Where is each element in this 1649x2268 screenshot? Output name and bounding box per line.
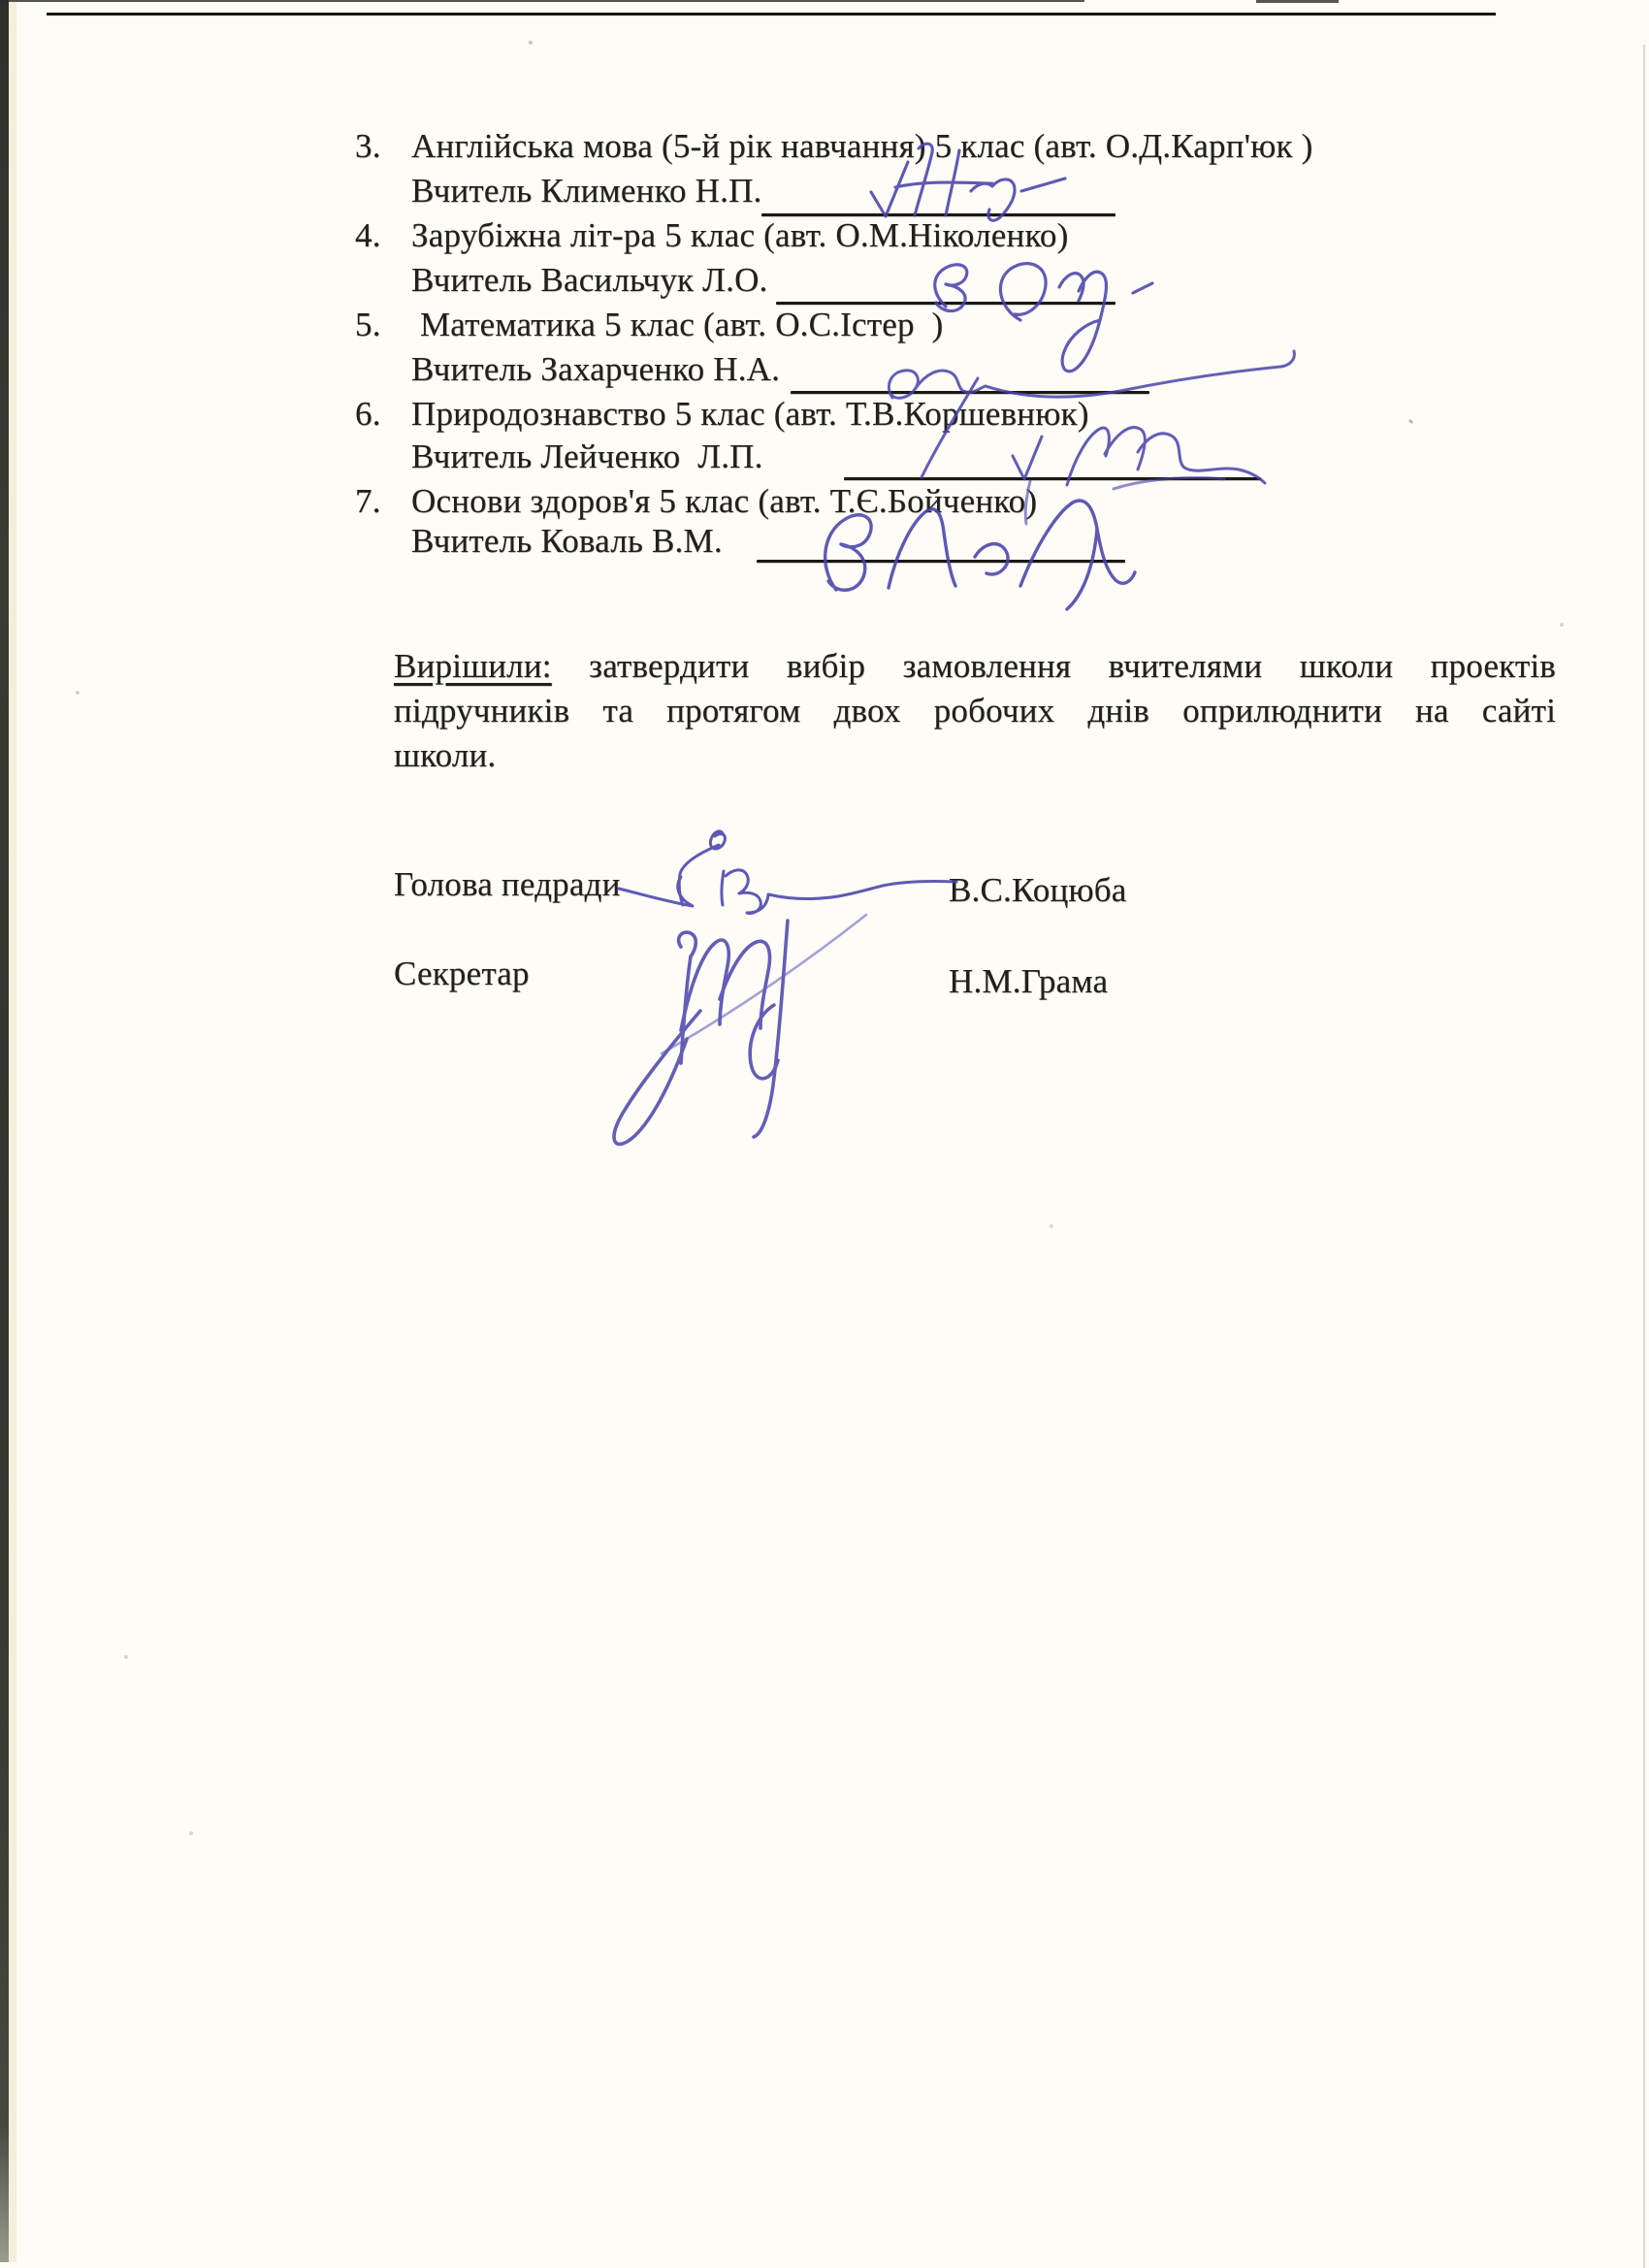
item-number: 5.: [355, 306, 411, 344]
item-title: Англійська мова (5-й рік навчання) 5 кла…: [411, 127, 1313, 165]
signature-underline: [776, 302, 1115, 305]
resolution-line-1: Вирішили: затвердити вибір замовлення вч…: [394, 644, 1556, 689]
signatory-name-head: В.С.Коцюба: [949, 871, 1127, 910]
signature-ink-secretary: [614, 915, 866, 1144]
resolution-line-1-text: затвердити вибір замовлення вчителями шк…: [589, 647, 1556, 685]
signature-underline: [791, 391, 1149, 394]
item-number: 3.: [355, 127, 411, 166]
scan-top-edge-mark: [1256, 0, 1339, 3]
signatory-role-head: Голова педради: [394, 865, 621, 904]
teacher-line: Вчитель Клименко Н.П.: [411, 172, 762, 211]
scan-left-edge-shadow: [9, 0, 16, 2262]
list-item-title-row: 6.Природознавство 5 клас (авт. Т.В.Корше…: [355, 395, 1089, 434]
teacher-line: Вчитель Захарченко Н.А.: [411, 350, 780, 389]
signature-ink-vasylchuk: [935, 264, 1152, 372]
signature-ink-head: [619, 831, 956, 913]
scan-speckle: [1050, 1224, 1053, 1228]
document-page: 3.Англійська мова (5-й рік навчання) 5 к…: [0, 0, 1649, 2268]
scan-speckle: [1560, 623, 1564, 627]
resolution-line-3: школи.: [394, 733, 1556, 778]
item-title: Основи здоров'я 5 клас (авт. Т.Є.Бойченк…: [411, 482, 1037, 520]
scan-left-edge-strip: [0, 0, 9, 2262]
scan-speckle: [1408, 419, 1414, 425]
list-item-title-row: 7.Основи здоров'я 5 клас (авт. Т.Є.Бойче…: [355, 482, 1037, 521]
signature-underline: [844, 477, 1261, 480]
scan-speckle: [529, 41, 533, 45]
item-title: Природознавство 5 клас (авт. Т.В.Коршевн…: [411, 395, 1089, 433]
item-title: Зарубіжна літ-ра 5 клас (авт. О.М.Ніколе…: [411, 216, 1068, 254]
item-number: 6.: [355, 395, 411, 434]
teacher-line: Вчитель Васильчук Л.О.: [411, 261, 768, 300]
list-item-title-row: 5. Математика 5 клас (авт. О.С.Істер ): [355, 306, 943, 344]
scan-page-top-rule: [47, 13, 1496, 16]
scan-speckle: [189, 1831, 193, 1835]
scan-speckle: [124, 1655, 128, 1659]
resolution-label: Вирішили:: [394, 647, 552, 685]
signatory-role-secretary: Секретар: [394, 955, 530, 993]
signature-ink-leichenko: [1013, 428, 1265, 524]
item-title: Математика 5 клас (авт. О.С.Істер ): [411, 306, 943, 343]
resolution-paragraph: Вирішили: затвердити вибір замовлення вч…: [394, 644, 1556, 778]
signature-underline: [757, 560, 1125, 563]
item-number: 4.: [355, 216, 411, 255]
resolution-line-2: підручників та протягом двох робочих дні…: [394, 689, 1556, 733]
teacher-line: Вчитель Лейченко Л.П.: [411, 437, 763, 476]
teacher-line: Вчитель Коваль В.М.: [411, 522, 723, 561]
list-item-title-row: 3.Англійська мова (5-й рік навчання) 5 к…: [355, 127, 1313, 166]
scan-top-edge-mark: [0, 0, 1084, 2]
scan-speckle: [76, 691, 80, 695]
signatory-name-secretary: Н.М.Грама: [949, 962, 1108, 1001]
scan-right-edge-line: [1643, 45, 1645, 2268]
item-number: 7.: [355, 482, 411, 521]
list-item-title-row: 4.Зарубіжна літ-ра 5 клас (авт. О.М.Ніко…: [355, 216, 1068, 255]
